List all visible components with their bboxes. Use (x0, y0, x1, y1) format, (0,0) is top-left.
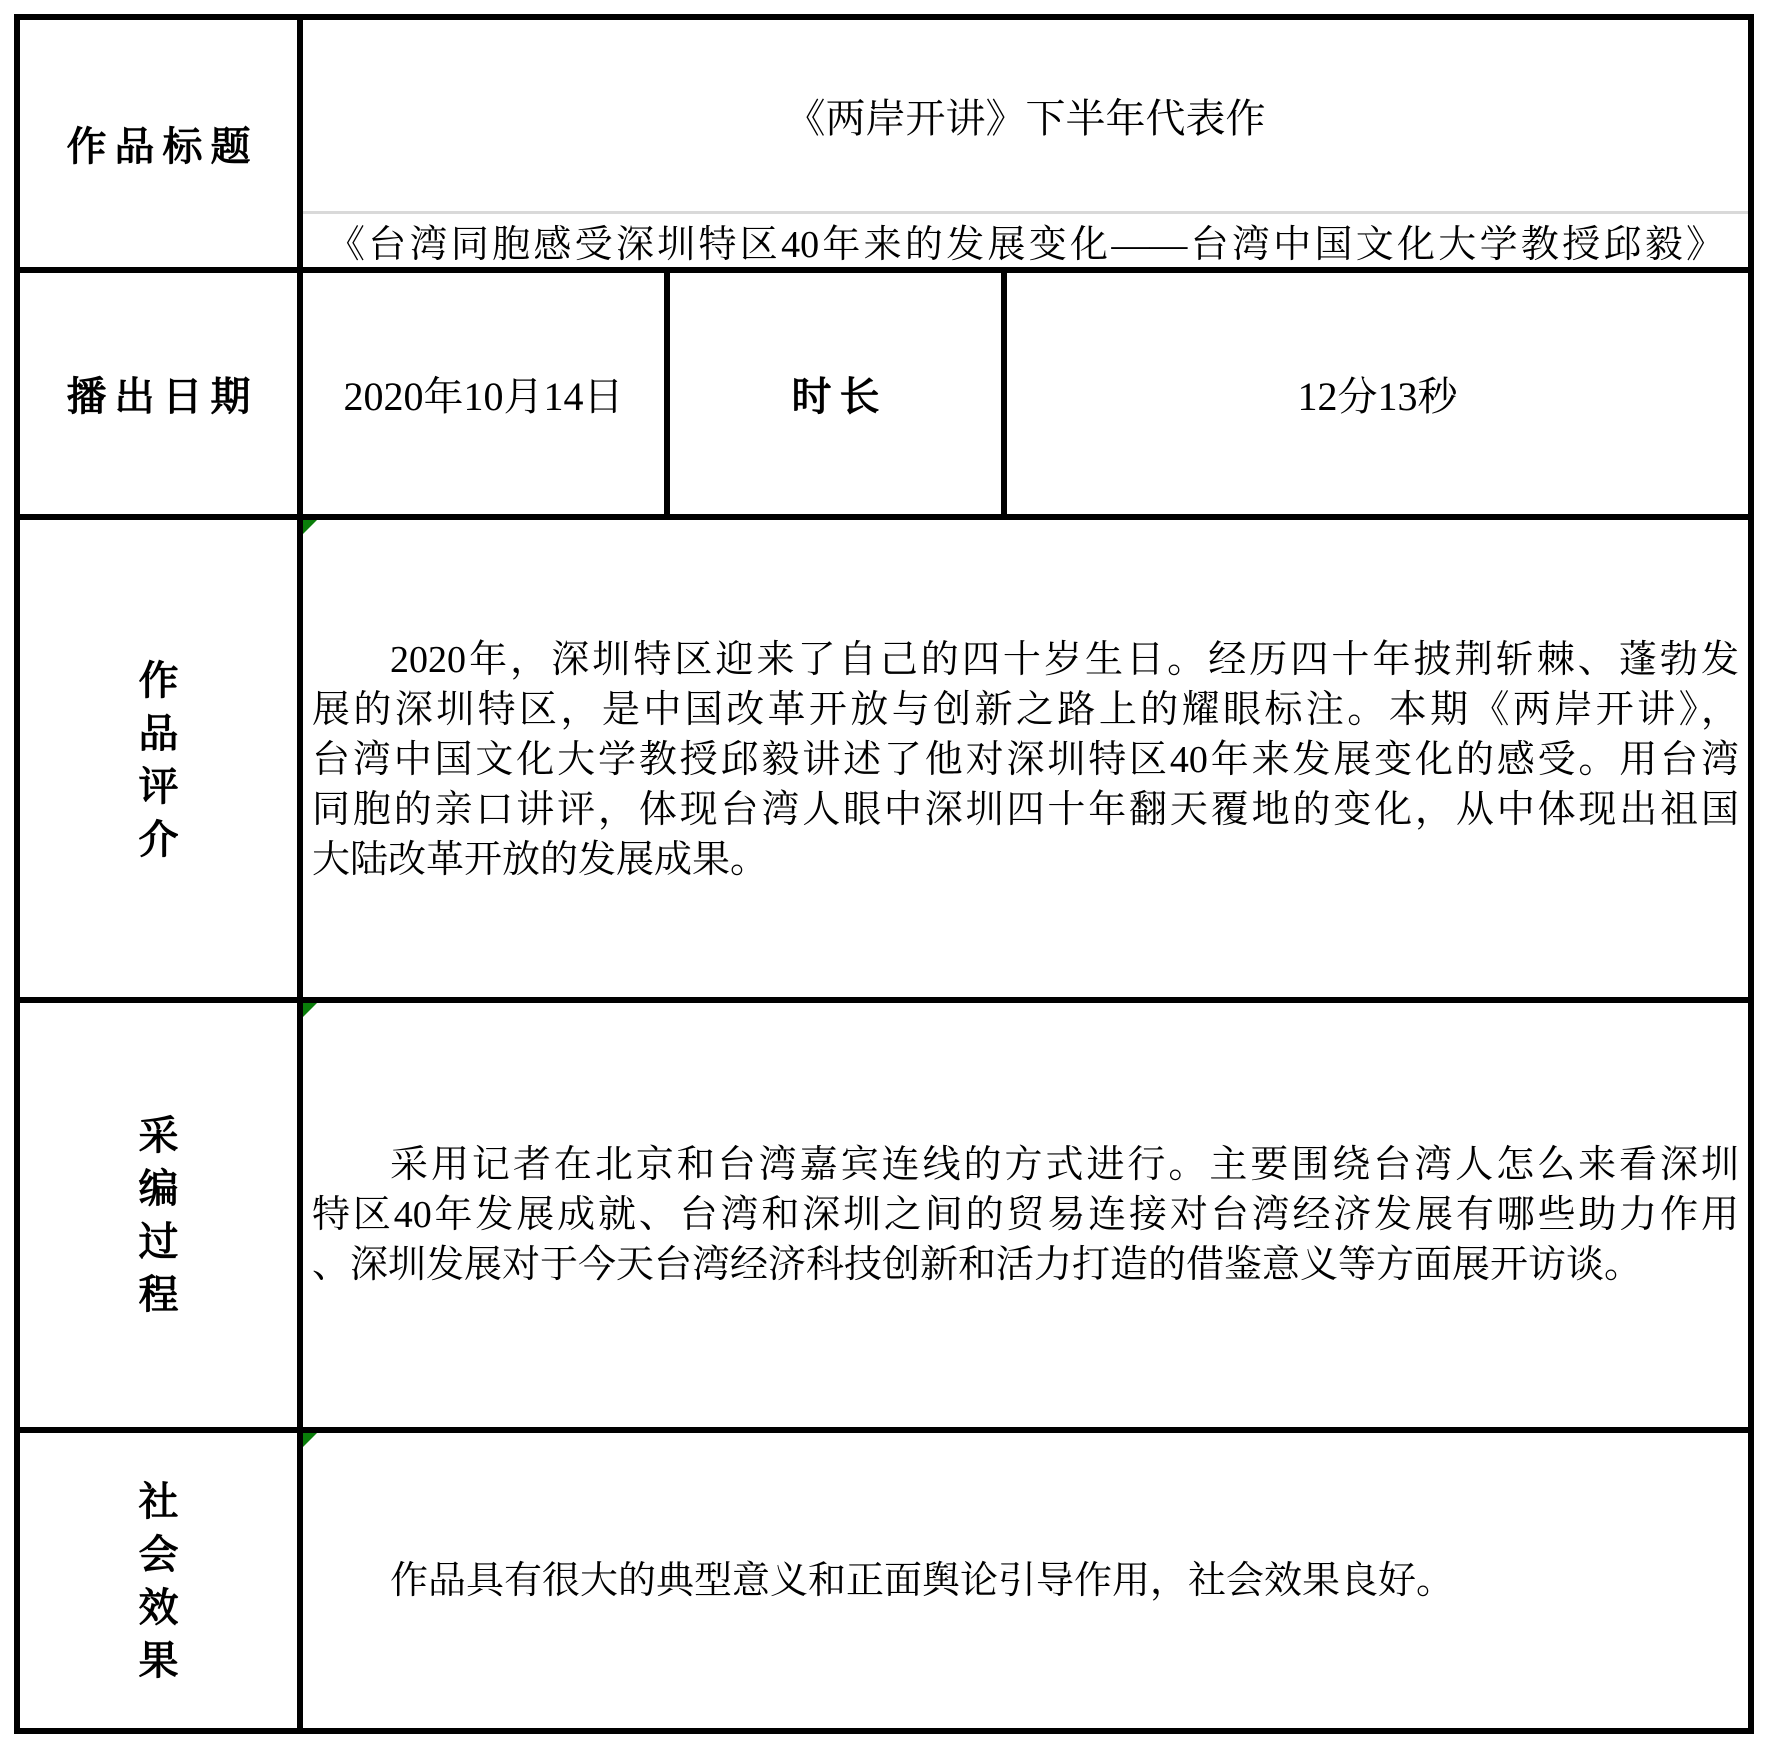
broadcast-date-value: 2020年10月14日 (344, 365, 624, 422)
cell-broadcast-date: 2020年10月14日 (303, 273, 664, 514)
duration-value: 12分13秒 (1298, 365, 1458, 422)
cell-broadcast-label: 播出日期 (20, 273, 297, 514)
process-line: 采用记者在北京和台湾嘉宾连线的方式进行。主要围绕台湾人怎么来看深圳 (312, 1140, 1739, 1190)
cell-effect-label: 社 会 效 果 (20, 1433, 297, 1728)
broadcast-date-label: 播出日期 (59, 365, 259, 422)
review-label-char: 介 (139, 813, 179, 866)
effect-label-char: 果 (139, 1634, 179, 1687)
review-line: 同胞的亲口讲评，体现台湾人眼中深圳四十年翻天覆地的变化，从中体现出祖国 (312, 785, 1739, 835)
effect-label-char: 效 (139, 1581, 179, 1634)
cell-effect-text: 作品具有很大的典型意义和正面舆论引导作用，社会效果良好。 (303, 1433, 1748, 1728)
process-label-char: 采 (139, 1109, 179, 1162)
review-label-char: 评 (139, 760, 179, 813)
process-line: 、深圳发展对于今天台湾经济科技创新和活力打造的借鉴意义等方面展开访谈。 (312, 1240, 1739, 1290)
effect-label-char: 会 (139, 1528, 179, 1581)
process-label-char: 过 (139, 1215, 179, 1268)
title-row-label: 作品标题 (59, 115, 259, 172)
review-line: 大陆改革开放的发展成果。 (312, 835, 1739, 885)
effect-line: 作品具有很大的典型意义和正面舆论引导作用，社会效果良好。 (312, 1556, 1739, 1606)
grid-hline-row2 (14, 514, 1754, 520)
review-label-char: 品 (139, 707, 179, 760)
work-sub-title: 《台湾同胞感受深圳特区40年来的发展变化——台湾中国文化大学教授邱毅》 (303, 213, 1748, 268)
cell-review-label: 作 品 评 介 (20, 523, 297, 997)
cell-title-label: 作品标题 (20, 20, 297, 267)
cell-review-text: 2020年，深圳特区迎来了自己的四十岁生日。经历四十年披荆斩棘、蓬勃发 展的深圳… (303, 523, 1748, 997)
cell-title-sub: 《台湾同胞感受深圳特区40年来的发展变化——台湾中国文化大学教授邱毅》 (303, 214, 1748, 267)
cell-duration-label: 时长 (670, 273, 1001, 514)
cell-process-label: 采 编 过 程 (20, 1003, 297, 1427)
duration-label: 时长 (784, 365, 888, 422)
review-label-char: 作 (139, 654, 179, 707)
cell-process-text: 采用记者在北京和台湾嘉宾连线的方式进行。主要围绕台湾人怎么来看深圳 特区40年发… (303, 1003, 1748, 1427)
review-line: 台湾中国文化大学教授邱毅讲述了他对深圳特区40年来发展变化的感受。用台湾 (312, 735, 1739, 785)
work-main-title: 《两岸开讲》下半年代表作 (786, 87, 1266, 144)
process-label-char: 编 (139, 1162, 179, 1215)
cell-duration-value: 12分13秒 (1007, 273, 1748, 514)
process-label-char: 程 (139, 1268, 179, 1321)
review-line: 2020年，深圳特区迎来了自己的四十岁生日。经历四十年披荆斩棘、蓬勃发 (312, 635, 1739, 685)
review-line: 展的深圳特区，是中国改革开放与创新之路上的耀眼标注。本期《两岸开讲》， (312, 685, 1739, 735)
process-line: 特区40年发展成就、台湾和深圳之间的贸易连接对台湾经济发展有哪些助力作用 (312, 1190, 1739, 1240)
cell-title-main: 《两岸开讲》下半年代表作 (303, 20, 1748, 211)
effect-label-char: 社 (139, 1475, 179, 1528)
